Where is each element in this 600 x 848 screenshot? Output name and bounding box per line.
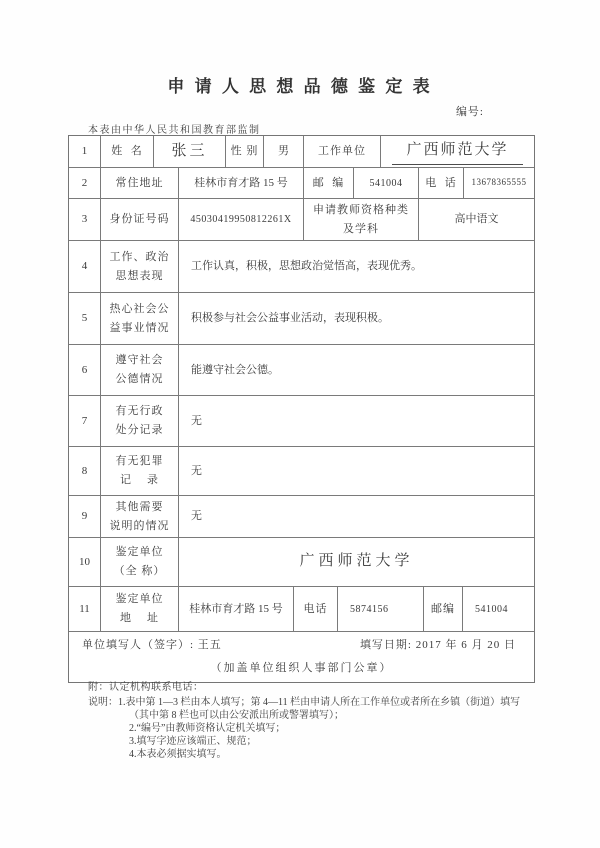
table-footer-row: 单位填写人（签字）: 王五 填写日期: 2017 年 6 月 20 日 （加盖单…	[69, 632, 534, 682]
table-row-id-number: 3 身份证号码 45030419950812261X 申请教师资格种类 及学科 …	[69, 199, 534, 241]
political-performance-value: 工作认真，积极，思想政治觉悟高，表现优秀。	[179, 241, 534, 292]
footer-signature-line: 单位填写人（签字）: 王五 填写日期: 2017 年 6 月 20 日	[69, 636, 534, 655]
address-value: 桂林市育才路 15 号	[179, 168, 304, 198]
instruction-item-1: 1.表中第 1—3 栏由本人填写；第 4—11 栏由申请人所在工作单位或者所在乡…	[118, 696, 532, 722]
instruction-item-4: 4.本表必须据实填写。	[118, 748, 532, 761]
instruction-items: 1.表中第 1—3 栏由本人填写；第 4—11 栏由申请人所在工作单位或者所在乡…	[118, 696, 532, 761]
table-row-other-remarks: 9 其他需要 说明的情况 无	[69, 496, 534, 538]
employer-label: 工作单位	[304, 136, 381, 167]
administrative-sanction-label: 有无行政 处分记录	[101, 396, 179, 446]
public-welfare-label: 热心社会公 益事业情况	[101, 293, 179, 344]
other-remarks-value: 无	[179, 496, 534, 537]
phone-label: 电 话	[419, 168, 464, 198]
table-row-appraisal-unit-address: 11 鉴定单位 地 址 桂林市育才路 15 号 电话 5874156 邮编 54…	[69, 587, 534, 632]
postcode-value: 541004	[354, 168, 419, 198]
employer-value-cell: 广西师范大学	[381, 136, 534, 167]
serial-number-label: 编号:	[0, 103, 600, 119]
address-label: 常住地址	[101, 168, 179, 198]
instructions: 说明： 1.表中第 1—3 栏由本人填写；第 4—11 栏由申请人所在工作单位或…	[88, 696, 538, 761]
row-number: 9	[69, 496, 101, 537]
row-number: 4	[69, 241, 101, 292]
unit-phone-value: 5874156	[338, 587, 424, 631]
row-number: 1	[69, 136, 101, 167]
row-number: 5	[69, 293, 101, 344]
certificate-type-label: 申请教师资格种类 及学科	[304, 199, 419, 240]
instruction-item-2: 2.“编号”由教师资格认定机关填写；	[118, 722, 532, 735]
social-morality-label: 遵守社会 公德情况	[101, 345, 179, 395]
criminal-record-label: 有无犯罪 记 录	[101, 447, 179, 495]
criminal-record-value: 无	[179, 447, 534, 495]
table-row-administrative-sanction: 7 有无行政 处分记录 无	[69, 396, 534, 447]
employer-value: 广西师范大学	[392, 138, 522, 166]
row-number: 3	[69, 199, 101, 240]
attachment-note: 附：认定机构联系电话：	[88, 681, 538, 694]
table-row-social-morality: 6 遵守社会 公德情况 能遵守社会公德。	[69, 345, 534, 396]
other-remarks-label: 其他需要 说明的情况	[101, 496, 179, 537]
appraisal-unit-name-label: 鉴定单位 （全 称）	[101, 538, 179, 586]
social-morality-value: 能遵守社会公德。	[179, 345, 534, 395]
appraisal-unit-name-value: 广西师范大学	[179, 538, 534, 586]
table-row-political-performance: 4 工作、政治 思想表现 工作认真，积极，思想政治觉悟高，表现优秀。	[69, 241, 534, 293]
name-label: 姓 名	[101, 136, 154, 167]
supervision-note: 本表由中华人民共和国教育部监制	[88, 121, 600, 136]
gender-label: 性 别	[226, 136, 264, 167]
document-page: 申 请 人 思 想 品 德 鉴 定 表 编号: 本表由中华人民共和国教育部监制 …	[0, 0, 600, 848]
row-number: 7	[69, 396, 101, 446]
certificate-type-value: 高中语文	[419, 199, 534, 240]
row-number: 11	[69, 587, 101, 631]
unit-postcode-label: 邮编	[424, 587, 463, 631]
form-title: 申 请 人 思 想 品 德 鉴 定 表	[0, 72, 600, 97]
unit-phone-label: 电话	[294, 587, 338, 631]
instruction-item-3: 3.填写字迹应该端正、规范；	[118, 735, 532, 748]
appraisal-unit-address-value: 桂林市育才路 15 号	[179, 587, 294, 631]
unit-filler-signature: 单位填写人（签字）: 王五	[82, 636, 222, 655]
public-welfare-value: 积极参与社会公益事业活动，表现积极。	[179, 293, 534, 344]
notes-section: 附：认定机构联系电话： 说明： 1.表中第 1—3 栏由本人填写；第 4—11 …	[88, 681, 538, 761]
gender-value: 男	[264, 136, 304, 167]
row-number: 8	[69, 447, 101, 495]
administrative-sanction-value: 无	[179, 396, 534, 446]
seal-note: （加盖单位组织人事部门公章）	[211, 659, 393, 678]
table-row-public-welfare: 5 热心社会公 益事业情况 积极参与社会公益事业活动，表现积极。	[69, 293, 534, 345]
table-row-address: 2 常住地址 桂林市育才路 15 号 邮 编 541004 电 话 136783…	[69, 168, 534, 199]
postcode-label: 邮 编	[304, 168, 354, 198]
instructions-label: 说明：	[88, 696, 118, 761]
phone-value: 13678365555	[464, 168, 534, 198]
unit-postcode-value: 541004	[463, 587, 534, 631]
row-number: 2	[69, 168, 101, 198]
name-value: 张三	[154, 136, 226, 167]
table-row-name: 1 姓 名 张三 性 别 男 工作单位 广西师范大学	[69, 136, 534, 168]
table-row-appraisal-unit-name: 10 鉴定单位 （全 称） 广西师范大学	[69, 538, 534, 587]
fill-date: 填写日期: 2017 年 6 月 20 日	[360, 636, 516, 655]
table-row-criminal-record: 8 有无犯罪 记 录 无	[69, 447, 534, 496]
row-number: 10	[69, 538, 101, 586]
political-performance-label: 工作、政治 思想表现	[101, 241, 179, 292]
id-number-label: 身份证号码	[101, 199, 179, 240]
row-number: 6	[69, 345, 101, 395]
appraisal-table: 1 姓 名 张三 性 别 男 工作单位 广西师范大学 2 常住地址 桂林市育才路…	[68, 135, 535, 683]
appraisal-unit-address-label: 鉴定单位 地 址	[101, 587, 179, 631]
id-number-value: 45030419950812261X	[179, 199, 304, 240]
